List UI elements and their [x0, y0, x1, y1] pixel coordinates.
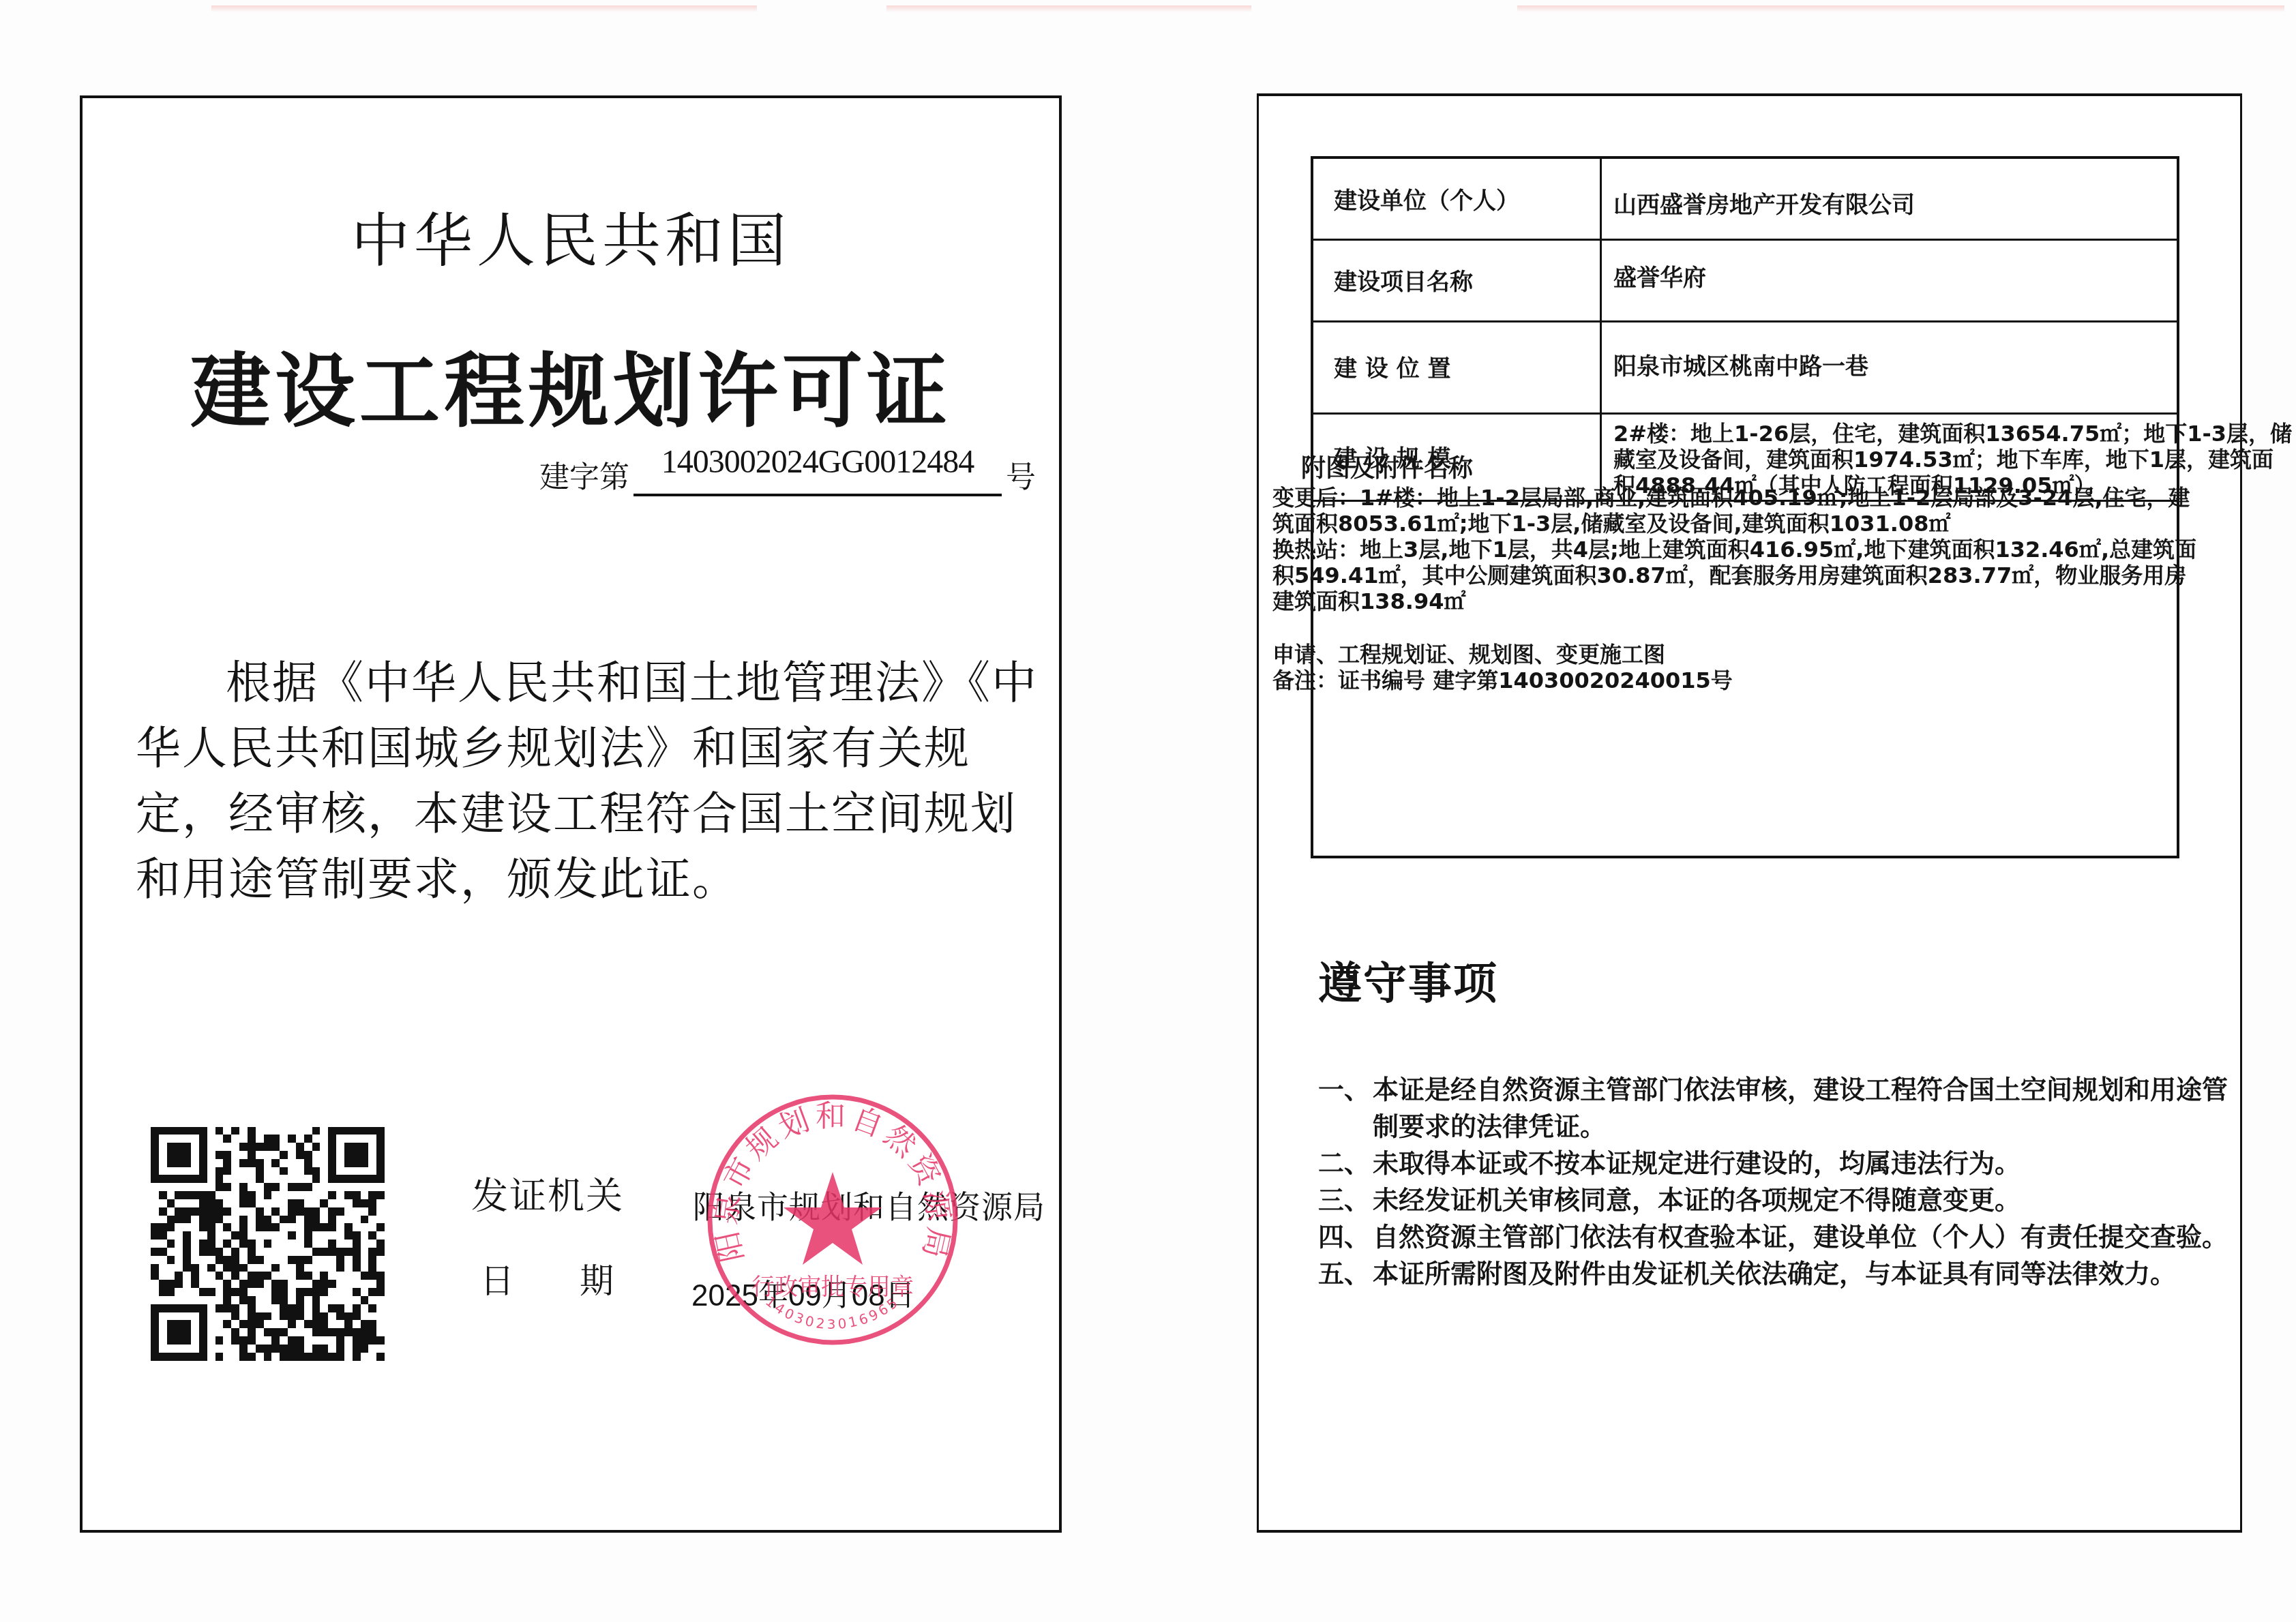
row-label: 建设项目名称: [1313, 239, 1602, 320]
rule-item: 四、自然资源主管部门依法有权查验本证，建设单位（个人）有责任提交查验。: [1318, 1218, 2232, 1255]
cert-number-value: 1403002024GG0012484: [633, 443, 1002, 481]
rule-number: 四、: [1318, 1218, 1373, 1255]
rule-item: 一、本证是经自然资源主管部门依法审核，建设工程符合国土空间规划和用途管制要求的法…: [1318, 1071, 2232, 1145]
attachments-section: 附图及附件名称 变更后：1#楼：地上1-2层局部,商业,建筑面积405.19㎡;…: [1272, 456, 2207, 693]
country-name: 中华人民共和国: [83, 194, 1059, 278]
issuance-statement: 根据《中华人民共和国土地管理法》《中华人民共和国城乡规划法》和国家有关规定，经审…: [136, 650, 1043, 912]
cert-number-line: 1403002024GG0012484: [633, 453, 1002, 496]
cert-number-prefix: 建字第: [539, 453, 629, 496]
rules-title: 遵守事项: [1318, 948, 1498, 1011]
rule-text: 本证是经自然资源主管部门依法审核，建设工程符合国土空间规划和用途管制要求的法律凭…: [1373, 1071, 2232, 1145]
issue-date: 2025年09月08日: [691, 1271, 915, 1315]
row-value: 阳泉市城区桃南中路一巷: [1613, 348, 1868, 381]
permit-back-page: 建设单位（个人） 山西盛誉房地产开发有限公司 建设项目名称 盛誉华府 建 设 位…: [1257, 93, 2242, 1533]
rule-item: 三、未经发证机关审核同意，本证的各项规定不得随意变更。: [1318, 1182, 2232, 1218]
certificate-title: 建设工程规划许可证: [83, 327, 1059, 442]
scan-edge-tint: [211, 5, 757, 12]
row-label: 建 设 位 置: [1313, 320, 1602, 412]
rule-item: 二、未取得本证或不按本证规定进行建设的，均属违法行为。: [1318, 1145, 2232, 1182]
date-label-char: 日: [480, 1261, 514, 1301]
rule-item: 五、本证所需附图及附件由发证机关依法确定，与本证具有同等法律效力。: [1318, 1255, 2232, 1292]
attachment-line: 变更后：1#楼：地上1-2层局部,商业,建筑面积405.19㎡;地上1-2层局部…: [1272, 485, 2207, 537]
rule-number: 三、: [1318, 1182, 1373, 1218]
scan-edge-tint: [1517, 5, 2284, 12]
row-value: 山西盛誉房地产开发有限公司: [1613, 186, 1915, 220]
attachment-documents: 申请、工程规划证、规划图、变更施工图: [1272, 642, 2207, 667]
cert-number-suffix: 号: [1006, 453, 1036, 496]
permit-front-page: 中华人民共和国 建设工程规划许可证 建字第 1403002024GG001248…: [80, 95, 1062, 1533]
date-label: 日期: [480, 1254, 614, 1303]
attachments-heading: 附图及附件名称: [1301, 456, 2207, 482]
issuer-label: 发证机关: [471, 1167, 624, 1220]
table-row: 建设项目名称 盛誉华府: [1313, 239, 2177, 322]
rule-text: 本证所需附图及附件由发证机关依法确定，与本证具有同等法律效力。: [1373, 1255, 2176, 1292]
issuer-value: 阳泉市规划和自然资源局: [693, 1182, 1045, 1227]
rule-text: 自然资源主管部门依法有权查验本证，建设单位（个人）有责任提交查验。: [1373, 1218, 2228, 1255]
table-row: 建 设 位 置 阳泉市城区桃南中路一巷: [1313, 320, 2177, 415]
certificate-number: 建字第 1403002024GG0012484 号: [539, 453, 1036, 496]
rules-list: 一、本证是经自然资源主管部门依法审核，建设工程符合国土空间规划和用途管制要求的法…: [1318, 1071, 2232, 1292]
rule-number: 二、: [1318, 1145, 1373, 1182]
rule-number: 一、: [1318, 1071, 1373, 1145]
date-label-char: 期: [580, 1261, 614, 1301]
attachment-line: 换热站：地上3层,地下1层，共4层;地上建筑面积416.95㎡,地下建筑面积13…: [1272, 537, 2207, 614]
attachment-remark: 备注：证书编号 建字第14030020240015号: [1272, 667, 2207, 693]
scan-edge-tint: [886, 5, 1251, 12]
row-label: 建设单位（个人）: [1313, 159, 1602, 239]
rule-text: 未经发证机关审核同意，本证的各项规定不得随意变更。: [1373, 1182, 2021, 1218]
qr-code-icon: [151, 1121, 385, 1366]
rule-number: 五、: [1318, 1255, 1373, 1292]
table-row: 建设单位（个人） 山西盛誉房地产开发有限公司: [1313, 159, 2177, 241]
rule-text: 未取得本证或不按本证规定进行建设的，均属违法行为。: [1373, 1145, 2021, 1182]
row-value: 盛誉华府: [1613, 259, 1706, 292]
